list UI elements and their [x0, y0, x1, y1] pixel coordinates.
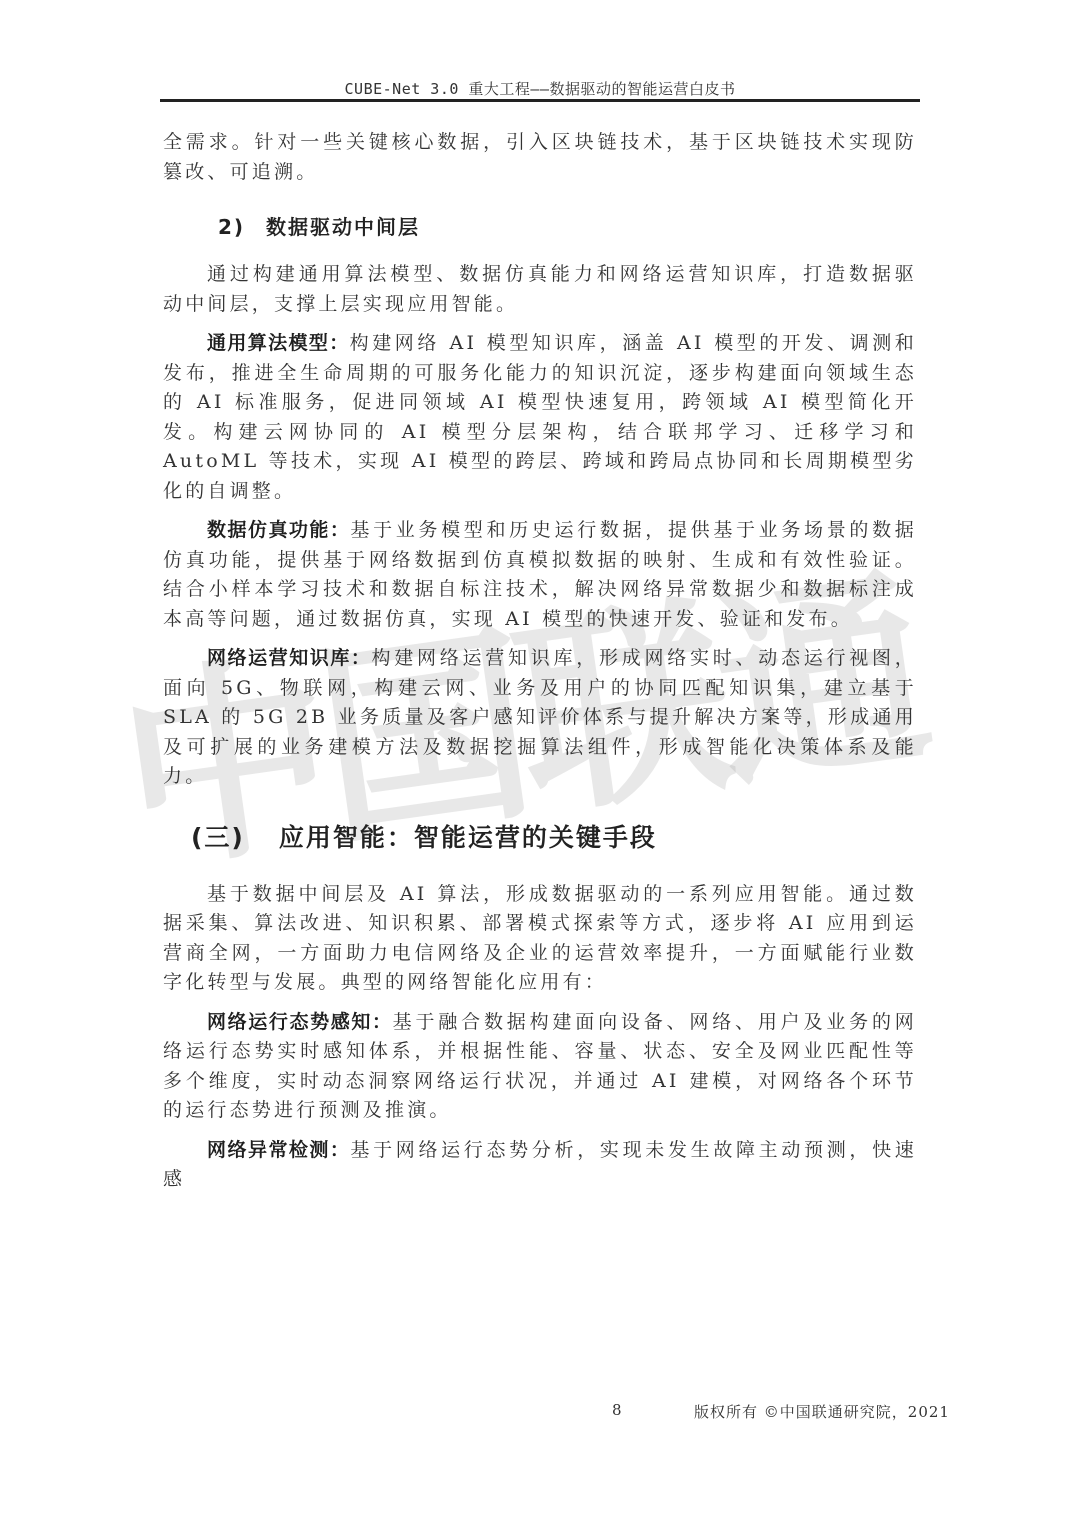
definition-term: 网络运行态势感知：: [207, 1011, 393, 1033]
page-number: 8: [612, 1401, 622, 1419]
document-page: 中国联通 CUBE-Net 3.0 重大工程——数据驱动的智能运营白皮书 全需求…: [0, 0, 1080, 1527]
page-content: 全需求。针对一些关键核心数据，引入区块链技术，基于区块链技术实现防篡改、可追溯。…: [163, 128, 917, 1195]
section-heading-3: (三)应用智能：智能运营的关键手段: [191, 818, 917, 854]
definition-item: 通用算法模型：构建网络 AI 模型知识库，涵盖 AI 模型的开发、调测和发布，推…: [163, 329, 917, 506]
definition-term: 网络异常检测：: [207, 1139, 350, 1161]
definition-term: 通用算法模型：: [207, 332, 350, 354]
definition-item: 网络运营知识库：构建网络运营知识库，形成网络实时、动态运行视图，面向 5G、物联…: [163, 644, 917, 792]
section-number: (三): [191, 823, 245, 852]
paragraph-continued: 全需求。针对一些关键核心数据，引入区块链技术，基于区块链技术实现防篡改、可追溯。: [163, 128, 917, 187]
definition-item: 网络运行态势感知：基于融合数据构建面向设备、网络、用户及业务的网络运行态势实时感…: [163, 1008, 917, 1126]
definition-item: 数据仿真功能：基于业务模型和历史运行数据，提供基于业务场景的数据仿真功能，提供基…: [163, 516, 917, 634]
definition-item: 网络异常检测：基于网络运行态势分析，实现未发生故障主动预测，快速感: [163, 1136, 917, 1195]
definition-text: 构建网络 AI 模型知识库，涵盖 AI 模型的开发、调测和发布，推进全生命周期的…: [163, 332, 917, 502]
copyright-notice: 版权所有 ©中国联通研究院，2021: [694, 1401, 950, 1422]
section-title: 数据驱动中间层: [266, 215, 420, 239]
definition-term: 数据仿真功能：: [207, 519, 350, 541]
paragraph-section3: 基于数据中间层及 AI 算法，形成数据驱动的一系列应用智能。通过数据采集、算法改…: [163, 880, 917, 998]
running-header: CUBE-Net 3.0 重大工程——数据驱动的智能运营白皮书: [160, 78, 920, 99]
section-number: 2): [218, 215, 245, 239]
paragraph-intro: 通过构建通用算法模型、数据仿真能力和网络运营知识库，打造数据驱动中间层，支撑上层…: [163, 260, 917, 319]
section-heading-2: 2) 数据驱动中间层: [218, 211, 917, 240]
header-rule: [160, 99, 920, 102]
definition-term: 网络运营知识库：: [207, 647, 371, 669]
section-title: 应用智能：智能运营的关键手段: [279, 823, 657, 852]
